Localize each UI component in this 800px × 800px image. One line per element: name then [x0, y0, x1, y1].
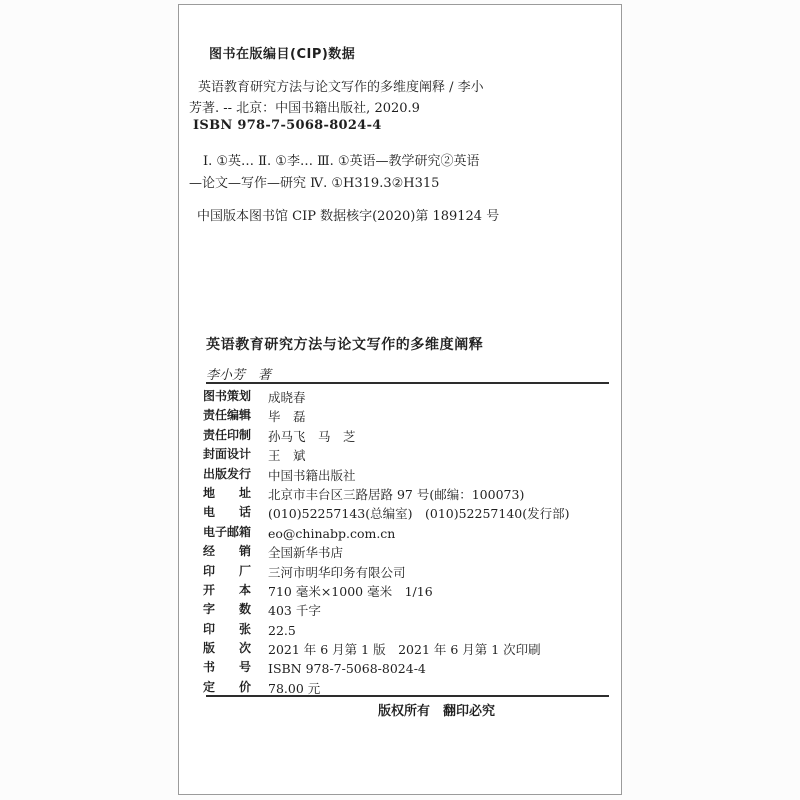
- row-label: 开 本: [203, 581, 253, 600]
- table-row: 电子邮箱eo@chinabp.com.cn: [203, 523, 613, 542]
- row-label: 版 次: [203, 639, 253, 658]
- cip-description: 英语教育研究方法与论文写作的多维度阐释 / 李小芳著. -- 北京：中国书籍出版…: [189, 77, 609, 119]
- row-value: 22.5: [268, 623, 296, 638]
- row-label: 印 张: [203, 620, 253, 639]
- row-label: 字 数: [203, 600, 253, 619]
- row-label: 电子邮箱: [203, 523, 253, 542]
- table-row: 图书策划成晓春: [203, 387, 613, 406]
- cip-description-line2: 芳著. -- 北京：中国书籍出版社, 2020.9: [189, 101, 420, 116]
- row-value: 毕 磊: [268, 409, 306, 424]
- copyright-notice: 版权所有 翻印必究: [378, 700, 495, 719]
- row-value: 710 毫米×1000 毫米 1/16: [268, 584, 433, 599]
- row-label: 书 号: [203, 658, 253, 677]
- cip-classification-line1: Ⅰ. ①英… Ⅱ. ①李… Ⅲ. ①英语—教学研究②英语: [189, 154, 480, 169]
- row-value: (010)52257143(总编室) (010)52257140(发行部): [268, 506, 569, 521]
- table-row: 责任印制孙马飞 马 芝: [203, 426, 613, 445]
- row-value: 北京市丰台区三路居路 97 号(邮编：100073): [268, 487, 524, 502]
- table-row: 出版发行中国书籍出版社: [203, 465, 613, 484]
- table-row: 书 号ISBN 978-7-5068-8024-4: [203, 658, 613, 677]
- row-value: eo@chinabp.com.cn: [268, 526, 395, 541]
- table-row: 责任编辑毕 磊: [203, 406, 613, 425]
- book-author: 李小芳 著: [206, 364, 271, 383]
- row-value: 三河市明华印务有限公司: [268, 565, 406, 580]
- cip-record-number: 中国版本图书馆 CIP 数据核字(2020)第 189124 号: [197, 205, 499, 224]
- row-label: 封面设计: [203, 445, 253, 464]
- row-value: 孙马飞 马 芝: [268, 429, 356, 444]
- book-title: 英语教育研究方法与论文写作的多维度阐释: [206, 334, 483, 354]
- row-value: 王 斌: [268, 448, 306, 463]
- table-row: 封面设计王 斌: [203, 445, 613, 464]
- book-copyright-page: 图书在版编目(CIP)数据 英语教育研究方法与论文写作的多维度阐释 / 李小芳著…: [178, 4, 622, 795]
- cip-header: 图书在版编目(CIP)数据: [209, 43, 355, 62]
- cip-description-line1: 英语教育研究方法与论文写作的多维度阐释 / 李小: [189, 80, 484, 95]
- table-row: 印 厂三河市明华印务有限公司: [203, 562, 613, 581]
- row-label: 印 厂: [203, 562, 253, 581]
- cip-isbn: ISBN 978-7-5068-8024-4: [193, 118, 382, 133]
- table-row: 经 销全国新华书店: [203, 542, 613, 561]
- row-value: ISBN 978-7-5068-8024-4: [268, 661, 426, 676]
- colophon-table: 图书策划成晓春 责任编辑毕 磊 责任印制孙马飞 马 芝 封面设计王 斌 出版发行…: [203, 387, 613, 697]
- row-value: 78.00 元: [268, 681, 320, 696]
- cip-classification: Ⅰ. ①英… Ⅱ. ①李… Ⅲ. ①英语—教学研究②英语—论文—写作—研究 Ⅳ.…: [189, 151, 609, 195]
- row-label: 出版发行: [203, 465, 253, 484]
- table-row: 开 本710 毫米×1000 毫米 1/16: [203, 581, 613, 600]
- row-label: 地 址: [203, 484, 253, 503]
- row-value: 403 千字: [268, 603, 321, 618]
- divider-top: [206, 382, 609, 384]
- row-label: 责任印制: [203, 426, 253, 445]
- row-value: 成晓春: [268, 390, 306, 405]
- row-value: 中国书籍出版社: [268, 468, 356, 483]
- cip-classification-line2: —论文—写作—研究 Ⅳ. ①H319.3②H315: [189, 176, 439, 191]
- row-label: 责任编辑: [203, 406, 253, 425]
- table-row: 电 话(010)52257143(总编室) (010)52257140(发行部): [203, 503, 613, 522]
- table-row: 版 次2021 年 6 月第 1 版 2021 年 6 月第 1 次印刷: [203, 639, 613, 658]
- table-row: 印 张22.5: [203, 620, 613, 639]
- row-label: 图书策划: [203, 387, 253, 406]
- row-label: 电 话: [203, 503, 253, 522]
- row-label: 经 销: [203, 542, 253, 561]
- row-value: 2021 年 6 月第 1 版 2021 年 6 月第 1 次印刷: [268, 642, 541, 657]
- table-row: 字 数403 千字: [203, 600, 613, 619]
- row-value: 全国新华书店: [268, 545, 343, 560]
- table-row: 地 址北京市丰台区三路居路 97 号(邮编：100073): [203, 484, 613, 503]
- divider-bottom: [206, 695, 609, 697]
